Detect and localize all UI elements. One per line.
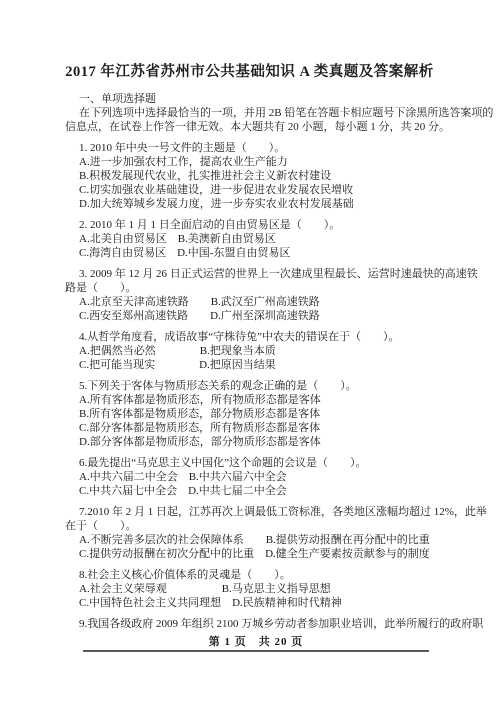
question-block: 6.最先提出“马克思主义中国化”这个命题的会议是（ ）。A.中共六届二中全会 B…: [65, 456, 499, 498]
option-line: A.把偶然当必然 B.把现象当本质: [65, 344, 499, 358]
option-line: A.所有客体都是物质形态，所有物质形态都是客体: [65, 393, 499, 407]
question-block: 9.我国各级政府 2009 年组织 2100 万城乡劳动者参加职业培训，此举所履…: [65, 617, 499, 631]
question-block: 7.2010 年 2 月 1 日起，江苏再次上调最低工资标准，各类地区涨幅均超过…: [65, 505, 499, 561]
document-page: 2017 年江苏省苏州市公共基础知识 A 类真题及答案解析 一、单项选择题 在下…: [0, 0, 499, 706]
option-line: B.所有客体都是物质形态，部分物质形态都是客体: [65, 407, 499, 421]
option-line: C.中国特色社会主义共同理想 D.民族精神和时代精神: [65, 596, 499, 610]
option-line: A.北京至天津高速铁路 B.武汉至广州高速铁路: [65, 295, 499, 309]
option-line: B.积极发展现代农业，扎实推进社会主义新农村建设: [65, 169, 499, 183]
question-block: 8.社会主义核心价值体系的灵魂是（ ）。A.社会主义荣辱观 B.马克思主义指导思…: [65, 568, 499, 610]
question-stem-line: 3. 2009 年 12 月 26 日正式运营的世界上一次建成里程最长、运营时速…: [65, 267, 499, 281]
question-stem-line: 1. 2010 年中央一号文件的主题是（ ）。: [65, 141, 499, 155]
document-title: 2017 年江苏省苏州市公共基础知识 A 类真题及答案解析: [0, 0, 499, 81]
page-footer: 第 1 页 共 20 页: [83, 633, 429, 649]
question-block: 1. 2010 年中央一号文件的主题是（ ）。A.进一步加强农村工作，提高农业生…: [65, 141, 499, 211]
option-line: C.中共六届七中全会 D.中共七届二中全会: [65, 484, 499, 498]
option-line: A.社会主义荣辱观 B.马克思主义指导思想: [65, 582, 499, 596]
document-body: 一、单项选择题 在下列选项中选择最恰当的一项，并用 2B 铅笔在答题卡相应题号下…: [65, 92, 499, 631]
section-intro-line-2: 信息点，在试卷上作答一律无效。本大题共有 20 小题，每小题 1 分，共 20 …: [65, 120, 499, 134]
option-line: D.加大统筹城乡发展力度，进一步夯实农业农村发展基础: [65, 197, 499, 211]
section-intro-line-1: 在下列选项中选择最恰当的一项，并用 2B 铅笔在答题卡相应题号下涂黑所选答案项的: [65, 106, 499, 120]
question-stem-line: 2. 2010 年 1 月 1 日全面启动的自由贸易区是（ ）。: [65, 218, 499, 232]
option-line: C.海湾自由贸易区 D.中国-东盟自由贸易区: [65, 246, 499, 260]
option-line: C.切实加强农业基础建设，进一步促进农业发展农民增收: [65, 183, 499, 197]
question-list: 1. 2010 年中央一号文件的主题是（ ）。A.进一步加强农村工作，提高农业生…: [65, 141, 499, 631]
question-stem-line: 7.2010 年 2 月 1 日起，江苏再次上调最低工资标准，各类地区涨幅均超过…: [65, 505, 499, 519]
question-block: 4.从哲学角度看，成语故事“守株待兔”中农夫的错误在于（ ）。A.把偶然当必然 …: [65, 330, 499, 372]
option-line: A.不断完善多层次的社会保障体系 B.提供劳动报酬在再分配中的比重: [65, 533, 499, 547]
question-stem-line: 5.下列关于客体与物质形态关系的观念正确的是（ ）。: [65, 379, 499, 393]
question-block: 5.下列关于客体与物质形态关系的观念正确的是（ ）。A.所有客体都是物质形态，所…: [65, 379, 499, 449]
question-stem-line: 在于（ ）。: [65, 519, 499, 533]
section-heading: 一、单项选择题: [65, 92, 499, 106]
option-line: C.提供劳动报酬在初次分配中的比重 D.健全生产要素按贡献参与的制度: [65, 547, 499, 561]
question-block: 2. 2010 年 1 月 1 日全面启动的自由贸易区是（ ）。A.北美自由贸易…: [65, 218, 499, 260]
question-stem-line: 6.最先提出“马克思主义中国化”这个命题的会议是（ ）。: [65, 456, 499, 470]
page-indicator: 第 1 页 共 20 页: [209, 636, 304, 648]
question-stem-line: 路是（ ）。: [65, 281, 499, 295]
option-line: C.把可能当现实 D.把原因当结果: [65, 358, 499, 372]
option-line: D.部分客体都是物质形态，部分物质形态都是客体: [65, 435, 499, 449]
option-line: A.北美自由贸易区 B.美澳新自由贸易区: [65, 232, 499, 246]
question-stem-line: 9.我国各级政府 2009 年组织 2100 万城乡劳动者参加职业培训，此举所履…: [65, 617, 499, 631]
option-line: A.进一步加强农村工作，提高农业生产能力: [65, 155, 499, 169]
question-stem-line: 8.社会主义核心价值体系的灵魂是（ ）。: [65, 568, 499, 582]
option-line: A.中共六届二中全会 B.中共六届六中全会: [65, 470, 499, 484]
option-line: C.部分客体都是物质形态，所有物质形态都是客体: [65, 421, 499, 435]
option-line: C.西安至郑州高速铁路 D.广州至深圳高速铁路: [65, 309, 499, 323]
question-stem-line: 4.从哲学角度看，成语故事“守株待兔”中农夫的错误在于（ ）。: [65, 330, 499, 344]
question-block: 3. 2009 年 12 月 26 日正式运营的世界上一次建成里程最长、运营时速…: [65, 267, 499, 323]
footer-divider: [83, 650, 429, 652]
